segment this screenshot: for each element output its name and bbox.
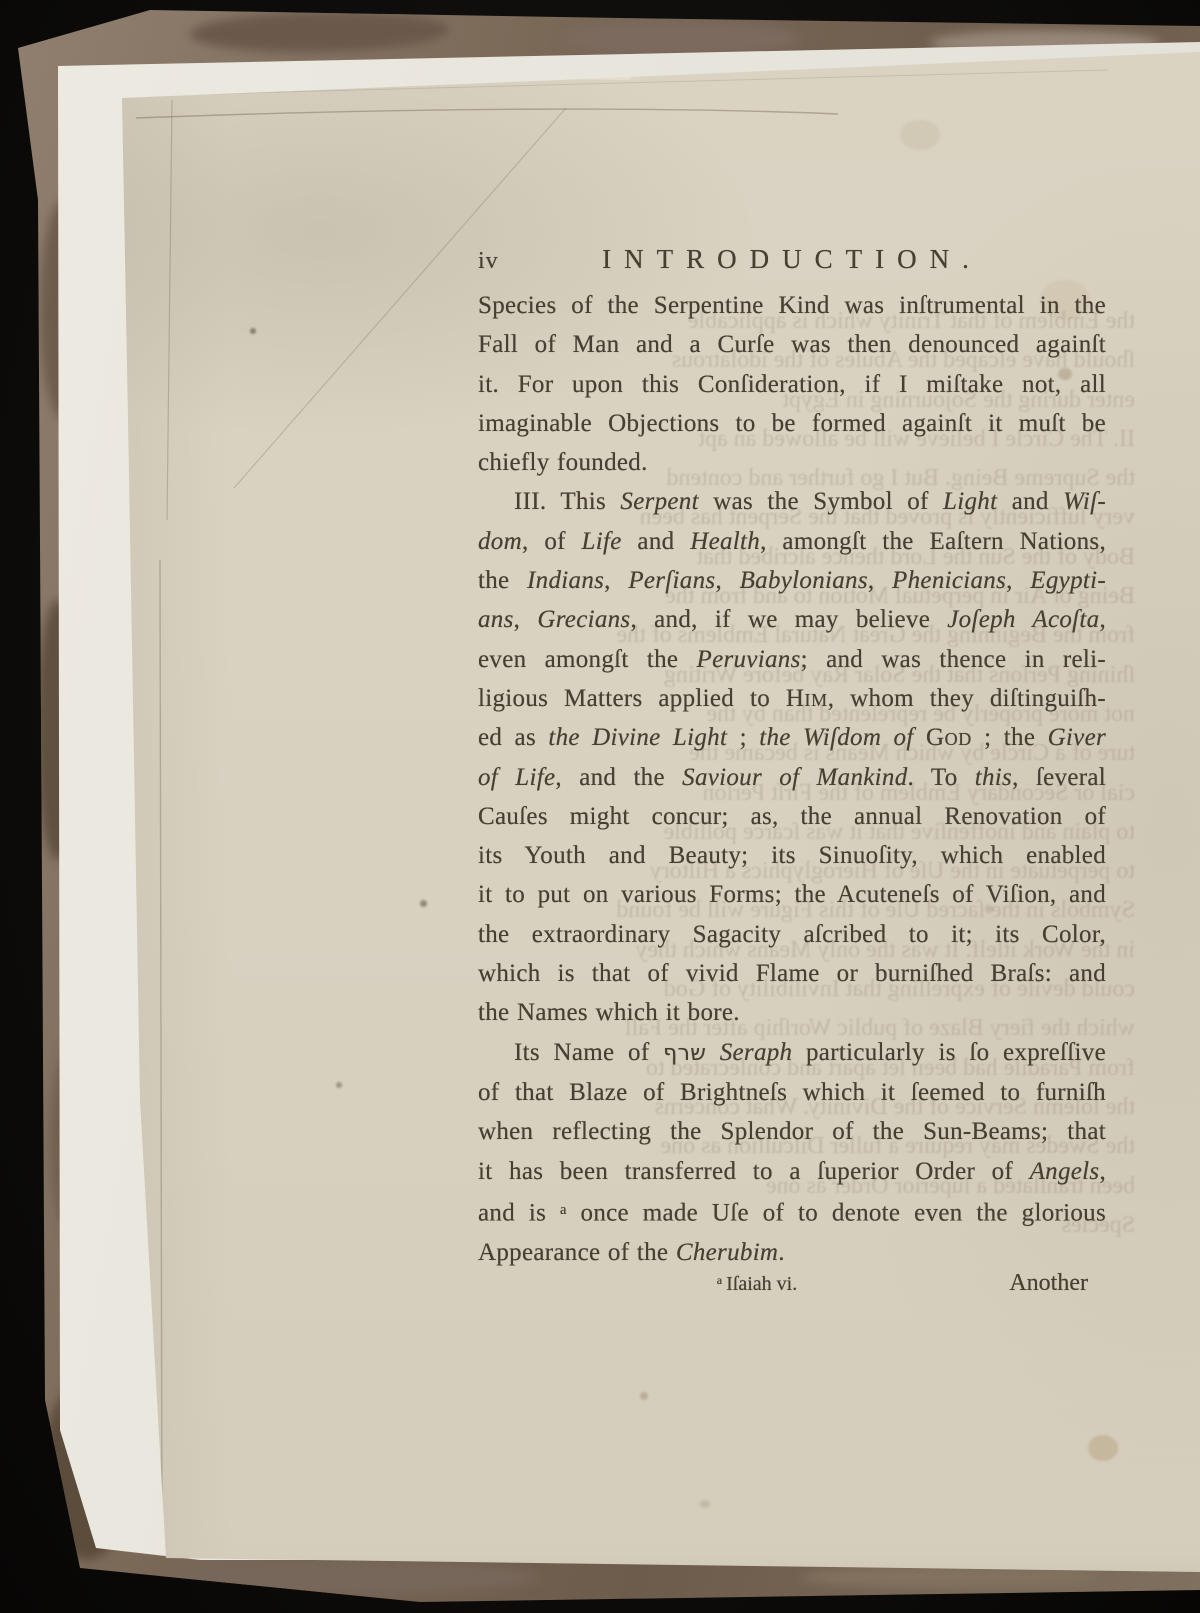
text-line: Fall of Man and a Curſe was then denounc…	[478, 325, 1106, 364]
text-line: chiefly founded.	[478, 443, 1106, 482]
stain	[1088, 1435, 1118, 1461]
running-title: INTRODUCTION.	[478, 240, 1106, 275]
text-line: Its Name of שרף Seraph particularly is ſ…	[478, 1033, 1106, 1073]
board-wear-patch	[160, 1560, 540, 1594]
text-line: imaginable Objections to be formed again…	[478, 404, 1106, 443]
page-header: iv INTRODUCTION.	[478, 240, 1106, 286]
board-wear-patch	[560, 22, 800, 56]
catchword: Another	[1009, 1270, 1088, 1297]
text-line: it has been transferred to a ſuperior Or…	[478, 1152, 1106, 1191]
text-line: the Indians, Perſians, Babylonians, Phen…	[478, 561, 1106, 600]
text-line: it to put on various Forms; the Acuteneſ…	[478, 875, 1106, 914]
text-line: which is that of vivid Flame or burniſhe…	[478, 954, 1106, 993]
text-line: when reflecting the Splendor of the Sun-…	[478, 1112, 1106, 1151]
text-line: the Names which it bore.	[478, 993, 1106, 1032]
stain	[420, 900, 427, 907]
page-number: iv	[478, 248, 499, 275]
text-line: ans, Grecians, and, if we may believe Jo…	[478, 600, 1106, 639]
text-line: dom, of Life and Health, amongſt the Eaſ…	[478, 522, 1106, 561]
board-wear-patch	[190, 10, 451, 55]
text-line: it. For upon this Conſideration, if I mi…	[478, 365, 1106, 404]
text-line: ed as the Divine Light ; the Wiſdom of G…	[478, 718, 1106, 757]
text-line: of Life, and the Saviour of Mankind. To …	[478, 758, 1106, 797]
book-page: the Emblem of that Trinity which is appl…	[0, 0, 1200, 1613]
footnote-text: Iſaiah vi.	[726, 1273, 797, 1295]
text-line: Appearance of the Cherubim.	[478, 1233, 1106, 1272]
body-text: Species of the Serpentine Kind was inſtr…	[478, 286, 1106, 1272]
text-line: ligious Matters applied to Him, whom the…	[478, 679, 1106, 718]
text-block: iv INTRODUCTION. Species of the Serpenti…	[478, 240, 1106, 1296]
text-line: III. This Serpent was the Symbol of Ligh…	[478, 482, 1106, 521]
text-line: even amongſt the Peruvians; and was then…	[478, 640, 1106, 679]
text-line: the extraordinary Sagacity aſcribed to i…	[478, 915, 1106, 954]
text-line: Cauſes might concur; as, the annual Reno…	[478, 797, 1106, 836]
text-line: and is a once made Uſe of to denote even…	[478, 1191, 1106, 1233]
stain	[640, 1392, 648, 1400]
text-line: its Youth and Beauty; its Sinuoſity, whi…	[478, 836, 1106, 875]
text-line: of that Blaze of Brightneſs which it ſee…	[478, 1073, 1106, 1112]
text-line: Species of the Serpentine Kind was inſtr…	[478, 286, 1106, 325]
footnote-marker: a	[717, 1273, 722, 1287]
stain	[700, 1500, 710, 1508]
stain	[250, 328, 256, 334]
stain	[900, 120, 940, 150]
stain	[336, 1082, 342, 1088]
photo-background: the Emblem of that Trinity which is appl…	[0, 0, 1200, 1613]
